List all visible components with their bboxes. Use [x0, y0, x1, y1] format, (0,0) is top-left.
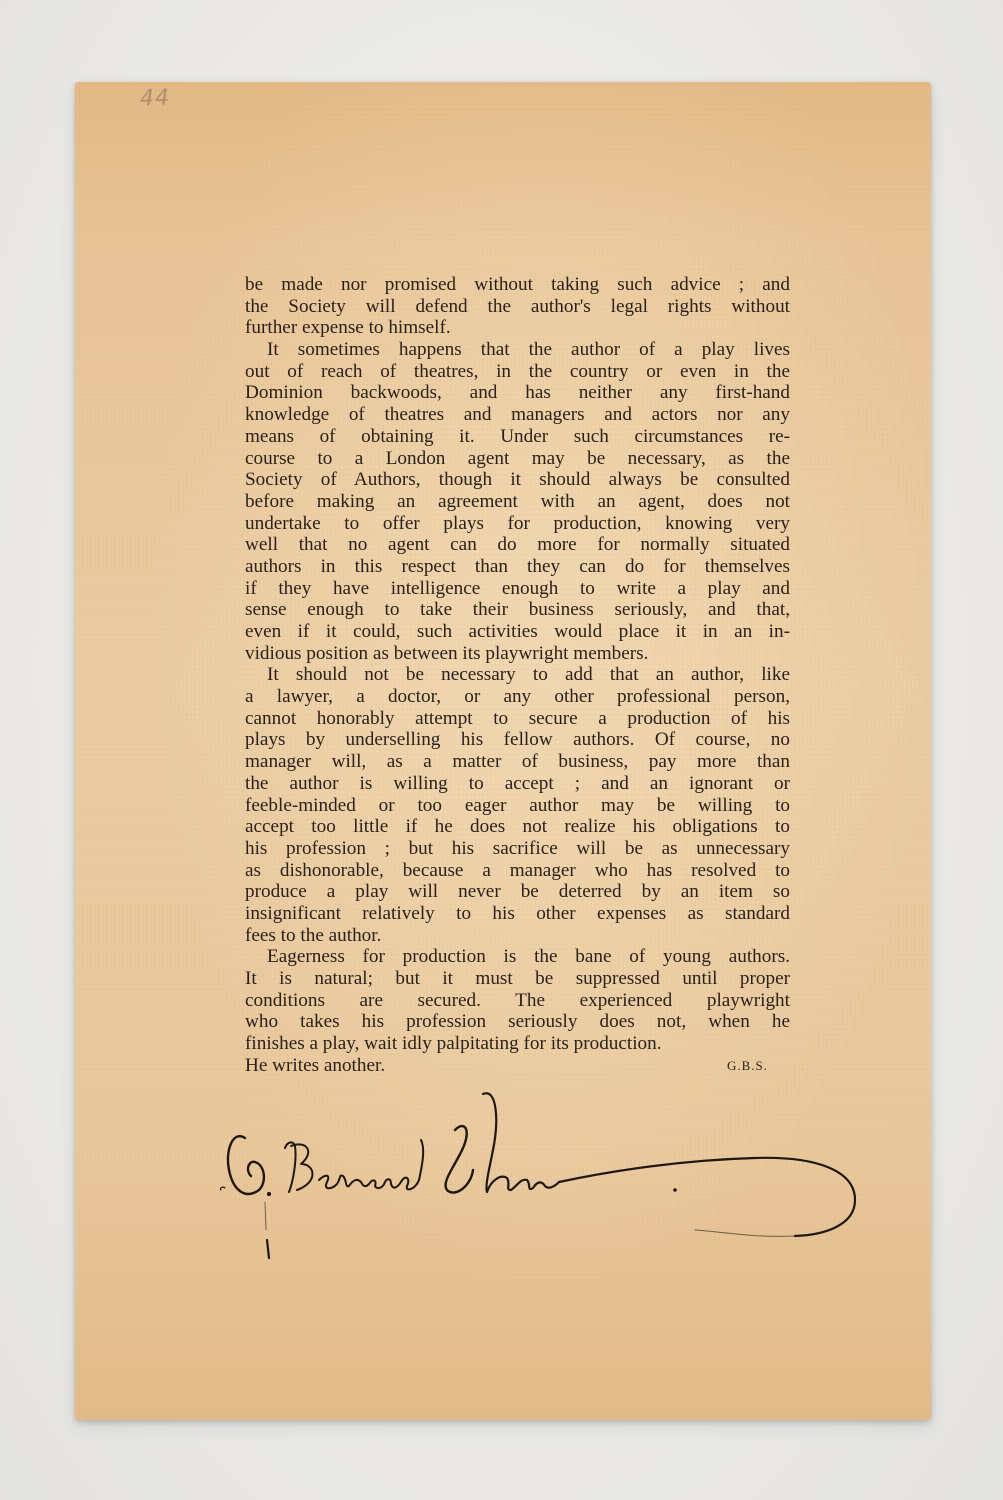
text-line: his profession ; but his sacrifice will … — [245, 838, 790, 860]
text-line: means of obtaining it. Under such circum… — [245, 426, 790, 448]
text-line: Society of Authors, though it should alw… — [245, 469, 790, 491]
text-line: further expense to himself. — [245, 317, 790, 339]
text-line: cannot honorably attempt to secure a pro… — [245, 708, 790, 730]
text-line: It sometimes happens that the author of … — [245, 339, 790, 361]
text-line: who takes his profession seriously does … — [245, 1011, 790, 1033]
paragraph: It sometimes happens that the author of … — [245, 339, 790, 664]
text-line: fees to the author. — [245, 925, 790, 947]
text-line: authors in this respect than they can do… — [245, 556, 790, 578]
text-line: out of reach of theatres, in the country… — [245, 361, 790, 383]
closing-line: He writes another. — [245, 1055, 385, 1077]
text-line: knowledge of theatres and managers and a… — [245, 404, 790, 426]
text-line: accept too little if he does not realize… — [245, 816, 790, 838]
text-line: It is natural; but it must be suppressed… — [245, 968, 790, 990]
text-line: a lawyer, a doctor, or any other profess… — [245, 686, 790, 708]
text-line: Dominion backwoods, and has neither any … — [245, 382, 790, 404]
text-line: produce a play will never be deterred by… — [245, 881, 790, 903]
handwritten-signature — [215, 1090, 875, 1270]
text-line: vidious position as between its playwrig… — [245, 643, 790, 665]
text-line: be made nor promised without taking such… — [245, 274, 790, 296]
document-body: be made nor promised without taking such… — [245, 274, 790, 1076]
paragraph: be made nor promised without taking such… — [245, 274, 790, 339]
text-line: finishes a play, wait idly palpitating f… — [245, 1033, 790, 1055]
paragraphs: be made nor promised without taking such… — [245, 274, 790, 1055]
text-line: It should not be necessary to add that a… — [245, 664, 790, 686]
text-line: course to a London agent may be necessar… — [245, 448, 790, 470]
text-line: before making an agreement with an agent… — [245, 491, 790, 513]
text-line: as dishonorable, because a manager who h… — [245, 860, 790, 882]
text-line: feeble-minded or too eager author may be… — [245, 795, 790, 817]
pencil-page-number: 44 — [140, 85, 171, 111]
text-line: the Society will defend the author's leg… — [245, 296, 790, 318]
closing-row: He writes another. G.B.S. — [245, 1055, 790, 1077]
paragraph: It should not be necessary to add that a… — [245, 664, 790, 946]
text-line: well that no agent can do more for norma… — [245, 534, 790, 556]
text-line: manager will, as a matter of business, p… — [245, 751, 790, 773]
text-line: sense enough to take their business seri… — [245, 599, 790, 621]
text-line: Eagerness for production is the bane of … — [245, 946, 790, 968]
text-line: even if it could, such activities would … — [245, 621, 790, 643]
text-line: conditions are secured. The experienced … — [245, 990, 790, 1012]
paragraph: Eagerness for production is the bane of … — [245, 946, 790, 1054]
text-line: plays by underselling his fellow authors… — [245, 729, 790, 751]
text-line: undertake to offer plays for production,… — [245, 513, 790, 535]
text-line: the author is willing to accept ; and an… — [245, 773, 790, 795]
text-line: insignificant relatively to his other ex… — [245, 903, 790, 925]
text-line: if they have intelligence enough to writ… — [245, 578, 790, 600]
author-initials: G.B.S. — [727, 1055, 790, 1077]
